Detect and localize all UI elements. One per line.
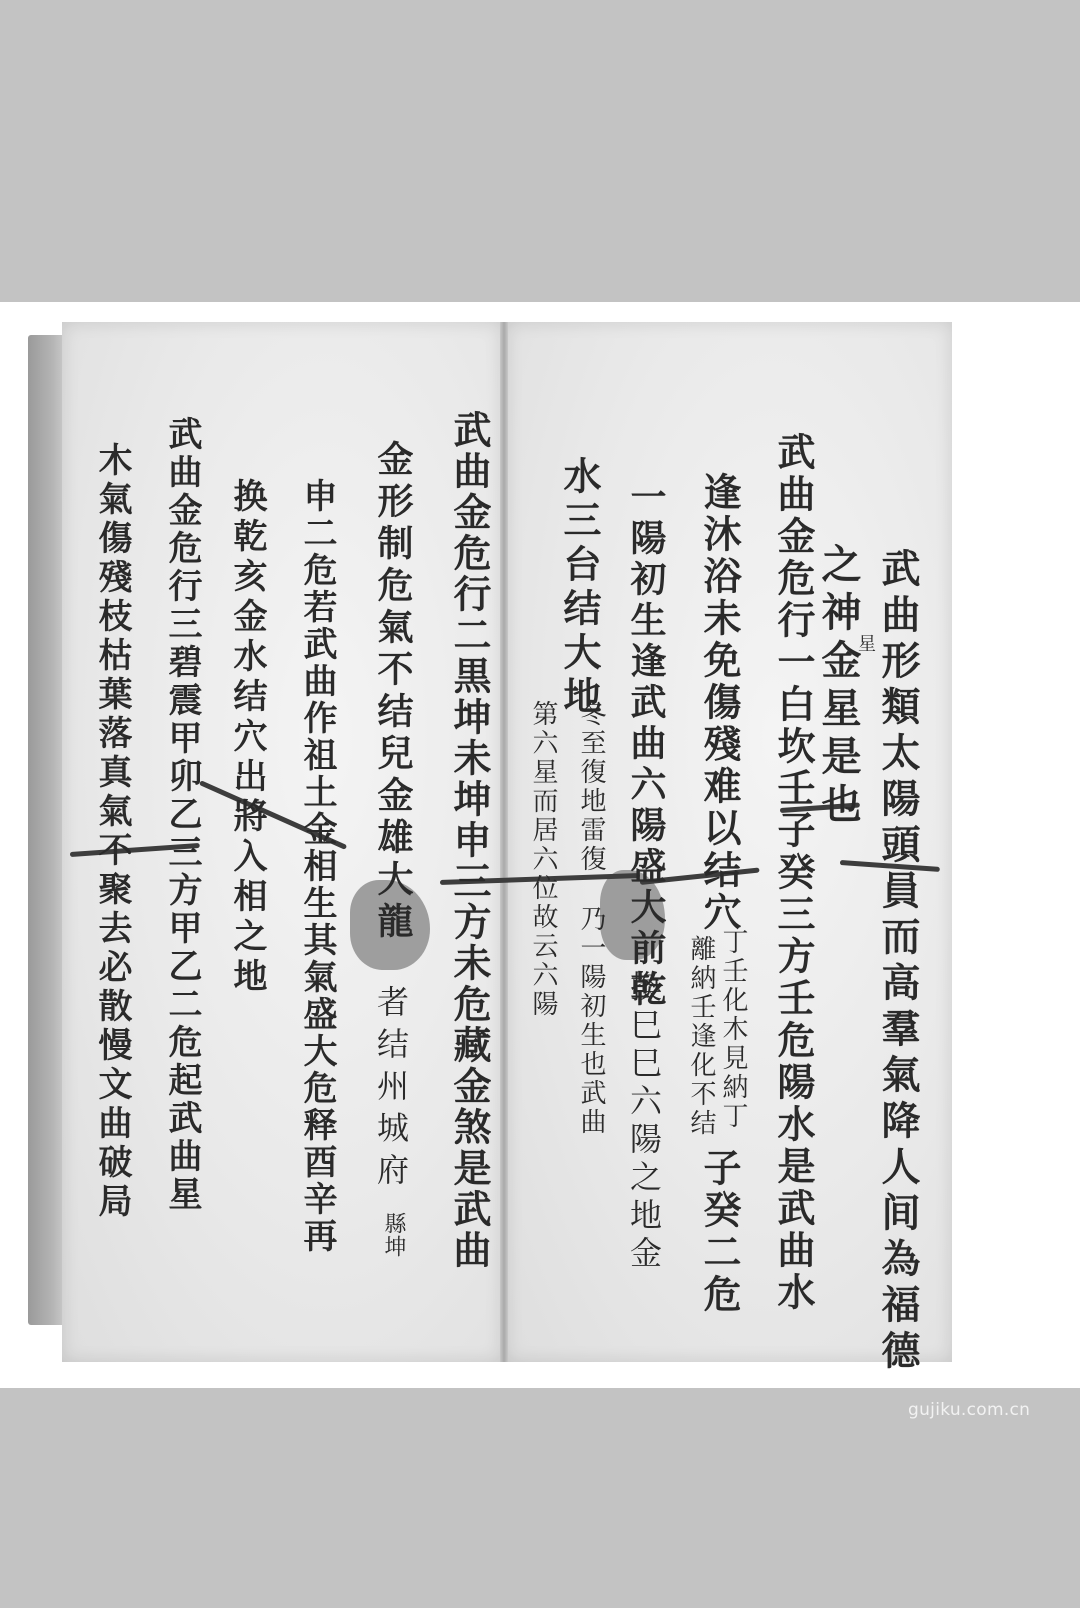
page-gutter	[500, 322, 508, 1362]
text-column-l2: 金形制危氣不结兒金雄大龍	[375, 440, 411, 944]
bottom-gray-band	[0, 1388, 1080, 1608]
text-note-r6a: 冬至復地雷復	[578, 700, 604, 874]
text-note-r6c: 乃一陽初生也武曲	[578, 905, 604, 1137]
text-column-r5: 一陽初生逢武曲六陽盛大前乾	[628, 478, 664, 1011]
text-note-r6b: 第六星而居六位故云六陽	[530, 700, 556, 1019]
text-note-r4b: 離納壬逢化不结	[688, 935, 714, 1138]
text-column-r1: 武曲形類太陽頭員而高羣氣降人间為福德	[878, 548, 917, 1376]
text-column-r4: 逢沐浴未免傷殘难以结穴	[700, 472, 738, 934]
text-column-l5: 武曲金危行三碧震甲卯乙三方甲乙二危起武曲星	[165, 416, 199, 1214]
text-column-l3: 申二危若武曲作祖土金相生其氣盛大危释酉辛再	[300, 478, 334, 1255]
site-watermark: gujiku.com.cn	[908, 1400, 1030, 1420]
text-column-l2-tail: 者结州城府	[375, 985, 407, 1195]
top-gray-band	[0, 0, 1080, 302]
text-column-l4: 换乾亥金水结穴出將入相之地	[230, 478, 264, 998]
text-column-r3: 武曲金危行一白坎壬子癸三方壬危陽水是武曲水	[774, 432, 812, 1314]
text-column-r5-tail: 換巳巳六陽之地金	[628, 970, 660, 1274]
text-note-r2: 星	[856, 634, 874, 653]
text-note-r4a: 丁壬化木見納丁	[720, 928, 746, 1131]
text-column-l1: 武曲金危行二黒坤未坤申三方未危藏金煞是武曲	[450, 410, 488, 1271]
text-note-l2: 縣坤	[382, 1212, 404, 1258]
text-column-r2: 之神金星是也	[818, 543, 858, 831]
text-column-l6: 木氣傷殘枝枯葉落真氣不聚去必散慢文曲破局	[95, 442, 129, 1222]
text-column-r6: 水三台结大地	[560, 456, 598, 720]
text-column-r4-tail: 子癸二危	[700, 1148, 738, 1316]
